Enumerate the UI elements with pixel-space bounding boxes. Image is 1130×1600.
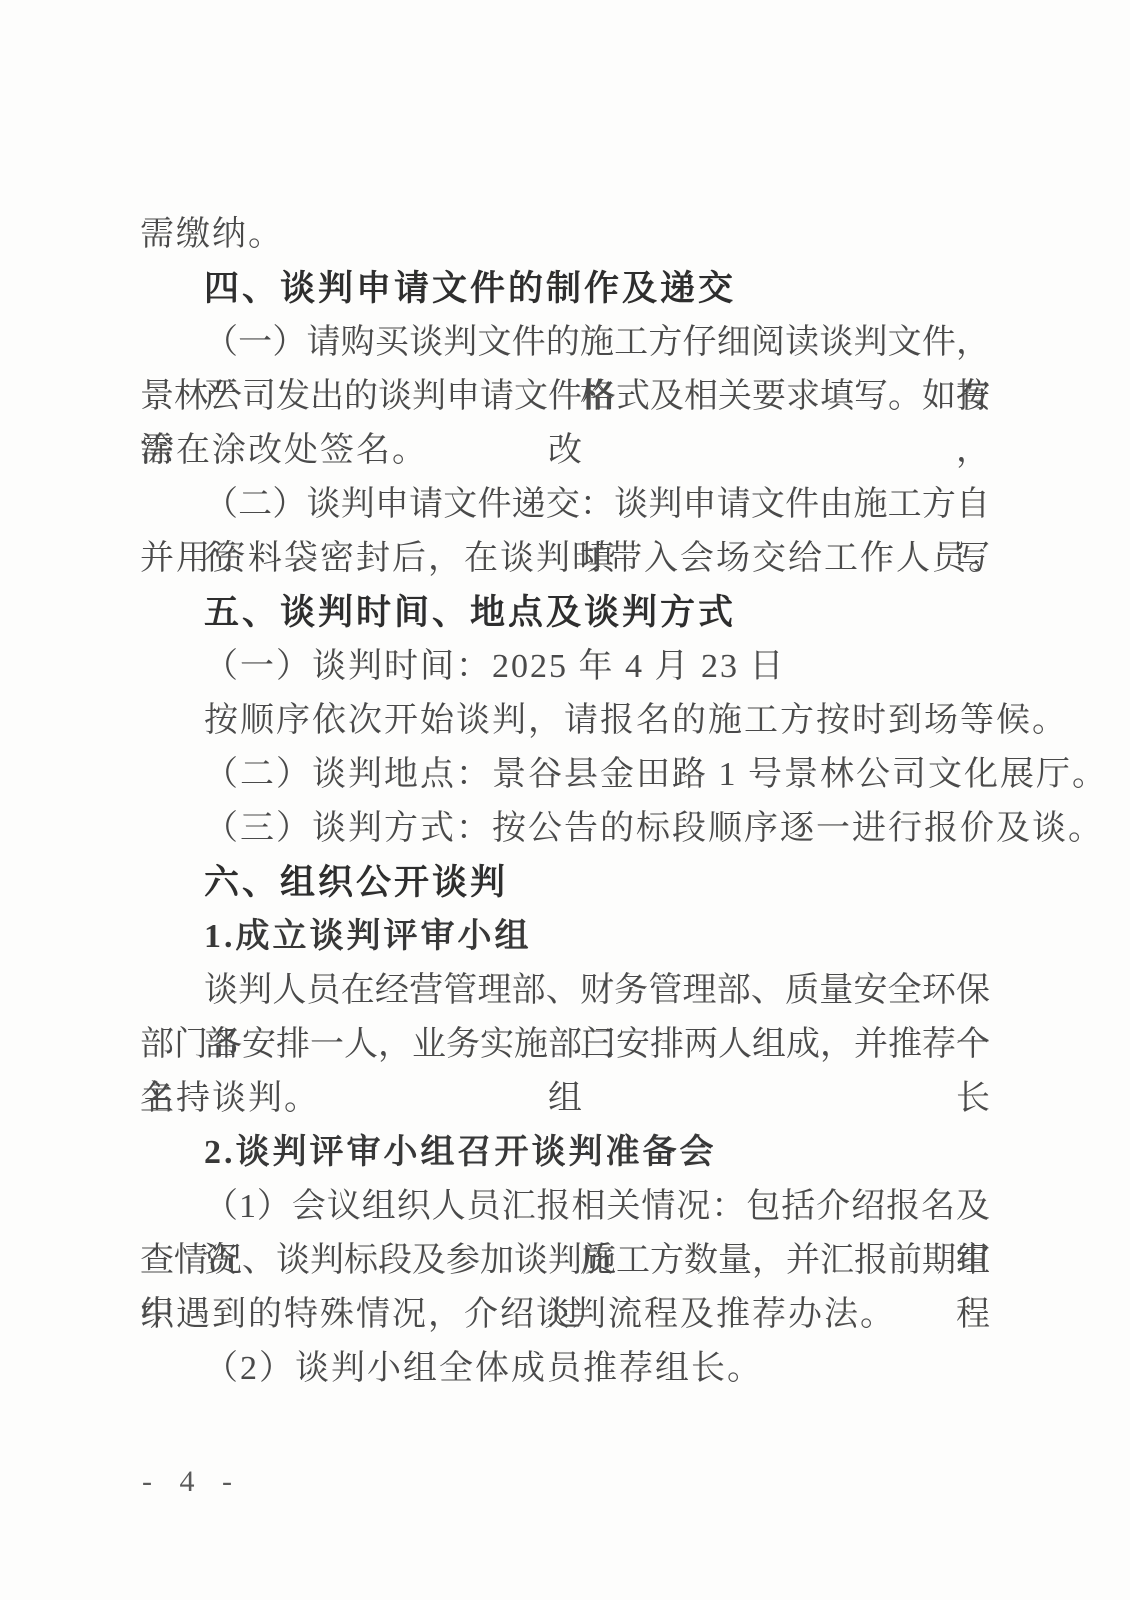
text-line: 需缴纳。 — [140, 208, 990, 262]
text-line: （三）谈判方式：按公告的标段顺序逐一进行报价及谈。 — [140, 802, 990, 856]
text-line: 六、组织公开谈判 — [140, 856, 990, 910]
text-line: 四、谈判申请文件的制作及递交 — [140, 262, 990, 316]
text-line: 谈判人员在经营管理部、财务管理部、质量安全环保部三个 — [140, 964, 990, 1018]
text-line: （2）谈判小组全体成员推荐组长。 — [140, 1342, 990, 1396]
text-line: 并用资料袋密封后，在谈判时带入会场交给工作人员。 — [140, 532, 990, 586]
scanned-document-page: 需缴纳。四、谈判申请文件的制作及递交（一）请购买谈判文件的施工方仔细阅读谈判文件… — [0, 0, 1130, 1600]
text-line: 部门各安排一人，业务实施部门安排两人组成，并推荐一名组长 — [140, 1018, 990, 1072]
text-line: （二）谈判地点：景谷县金田路 1 号景林公司文化展厅。 — [140, 748, 990, 802]
text-line: 2.谈判评审小组召开谈判准备会 — [140, 1126, 990, 1180]
text-line: （一）请购买谈判文件的施工方仔细阅读谈判文件，严格按 — [140, 316, 990, 370]
text-line: 1.成立谈判评审小组 — [140, 910, 990, 964]
text-line: 中遇到的特殊情况，介绍谈判流程及推荐办法。 — [140, 1288, 990, 1342]
text-line: （二）谈判申请文件递交：谈判申请文件由施工方自行填写 — [140, 478, 990, 532]
page-number: - 4 - — [142, 1462, 242, 1502]
text-line: 景林公司发出的谈判申请文件格式及相关要求填写。如有涂改， — [140, 370, 990, 424]
text-line: （1）会议组织人员汇报相关情况：包括介绍报名及资质审 — [140, 1180, 990, 1234]
text-line: 查情况、谈判标段及参加谈判施工方数量，并汇报前期组织过程 — [140, 1234, 990, 1288]
text-line: （一）谈判时间：2025 年 4 月 23 日 — [140, 640, 990, 694]
text-line: 五、谈判时间、地点及谈判方式 — [140, 586, 990, 640]
text-line: 按顺序依次开始谈判，请报名的施工方按时到场等候。 — [140, 694, 990, 748]
document-text-block: 需缴纳。四、谈判申请文件的制作及递交（一）请购买谈判文件的施工方仔细阅读谈判文件… — [140, 208, 990, 1396]
